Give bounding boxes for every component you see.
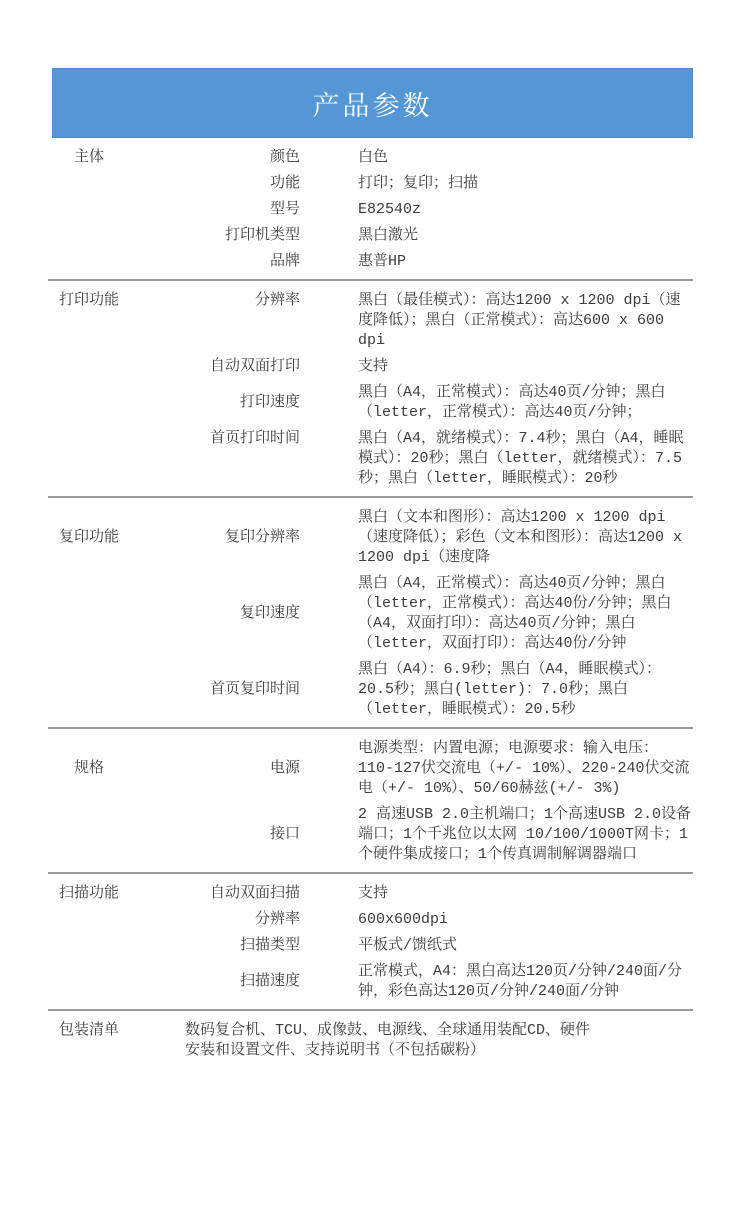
- attribute-value: 黑白（A4，正常模式）：高达40页/分钟；黑白（letter，正常模式）：高达4…: [358, 383, 693, 423]
- attribute-value: 黑白（A4，正常模式）：高达40页/分钟；黑白（letter，正常模式）：高达4…: [358, 574, 693, 654]
- attribute-label: 扫描类型: [130, 936, 358, 956]
- spec-row: 扫描速度正常模式，A4：黑白高达120页/分钟/240面/分钟，彩色高达120页…: [48, 962, 693, 1002]
- attribute-value: 支持: [358, 357, 693, 377]
- spec-row: 主体颜色白色: [48, 148, 693, 168]
- title-banner: 产品参数: [52, 68, 693, 138]
- attribute-value: 惠普HP: [358, 252, 693, 272]
- category-label: 复印功能: [48, 528, 130, 548]
- spec-row: 首页打印时间黑白（A4，就绪模式）：7.4秒；黑白（A4，睡眠模式）：20秒；黑…: [48, 429, 693, 489]
- attribute-label: 电源: [130, 759, 358, 779]
- category-label: 扫描功能: [48, 884, 130, 904]
- page-title: 产品参数: [313, 84, 433, 123]
- spec-row: 复印速度黑白（A4，正常模式）：高达40页/分钟；黑白（letter，正常模式）…: [48, 574, 693, 654]
- attribute-label: 自动双面打印: [130, 357, 358, 377]
- attribute-value: 正常模式，A4：黑白高达120页/分钟/240面/分钟，彩色高达120页/分钟/…: [358, 962, 693, 1002]
- product-spec-page: 产品参数 主体颜色白色功能打印；复印；扫描型号E82540z打印机类型黑白激光品…: [0, 68, 750, 1068]
- attribute-label: 复印分辨率: [130, 528, 358, 548]
- attribute-value: 2 高速USB 2.0主机端口；1个高速USB 2.0设备端口；1个千兆位以太网…: [358, 805, 693, 865]
- spec-row: 品牌惠普HP: [48, 252, 693, 272]
- spec-section-1: 主体颜色白色功能打印；复印；扫描型号E82540z打印机类型黑白激光品牌惠普HP: [48, 138, 693, 279]
- spec-section-6: 包装清单数码复合机、TCU、成像鼓、电源线、全球通用装配CD、硬件安装和设置文件…: [48, 1009, 693, 1068]
- attribute-value: 电源类型：内置电源；电源要求：输入电压：110-127伏交流电（+/- 10%）…: [358, 739, 693, 799]
- attribute-value: 黑白激光: [358, 226, 693, 246]
- category-label: 包装清单: [48, 1021, 130, 1041]
- attribute-value: 600x600dpi: [358, 910, 693, 930]
- spec-row: 扫描功能自动双面扫描支持: [48, 884, 693, 904]
- spec-section-3: 复印功能复印分辨率黑白（文本和图形）：高达1200 x 1200 dpi（速度降…: [48, 496, 693, 727]
- attribute-label: 打印机类型: [130, 226, 358, 246]
- attribute-value: 黑白（文本和图形）：高达1200 x 1200 dpi（速度降低）；彩色（文本和…: [358, 508, 693, 568]
- spec-row: 规格电源电源类型：内置电源；电源要求：输入电压：110-127伏交流电（+/- …: [48, 739, 693, 799]
- attribute-label: 颜色: [130, 148, 358, 168]
- attribute-label: 接口: [130, 825, 358, 845]
- spec-table: 主体颜色白色功能打印；复印；扫描型号E82540z打印机类型黑白激光品牌惠普HP…: [48, 138, 693, 1068]
- spec-row: 自动双面打印支持: [48, 357, 693, 377]
- attribute-value: E82540z: [358, 200, 693, 220]
- attribute-value: 打印；复印；扫描: [358, 174, 693, 194]
- attribute-label: 分辨率: [130, 910, 358, 930]
- attribute-value: 数码复合机、TCU、成像鼓、电源线、全球通用装配CD、硬件安装和设置文件、支持说…: [130, 1021, 595, 1061]
- attribute-label: 功能: [130, 174, 358, 194]
- attribute-label: 首页打印时间: [130, 429, 358, 449]
- attribute-label: 型号: [130, 200, 358, 220]
- attribute-value: 黑白（A4）：6.9秒；黑白（A4，睡眠模式）：20.5秒；黑白(letter)…: [358, 660, 693, 720]
- attribute-label: 首页复印时间: [130, 680, 358, 700]
- attribute-label: 扫描速度: [130, 972, 358, 992]
- spec-row: 打印速度黑白（A4，正常模式）：高达40页/分钟；黑白（letter，正常模式）…: [48, 383, 693, 423]
- spec-row: 复印功能复印分辨率黑白（文本和图形）：高达1200 x 1200 dpi（速度降…: [48, 508, 693, 568]
- spec-row: 接口2 高速USB 2.0主机端口；1个高速USB 2.0设备端口；1个千兆位以…: [48, 805, 693, 865]
- attribute-label: 分辨率: [130, 291, 358, 311]
- spec-section-2: 打印功能分辨率黑白（最佳模式）：高达1200 x 1200 dpi（速度降低）；…: [48, 279, 693, 496]
- attribute-label: 自动双面扫描: [130, 884, 358, 904]
- spec-row: 功能打印；复印；扫描: [48, 174, 693, 194]
- spec-row: 包装清单数码复合机、TCU、成像鼓、电源线、全球通用装配CD、硬件安装和设置文件…: [48, 1021, 693, 1061]
- attribute-value: 平板式/馈纸式: [358, 936, 693, 956]
- attribute-label: 打印速度: [130, 393, 358, 413]
- attribute-value: 白色: [358, 148, 693, 168]
- spec-row: 扫描类型平板式/馈纸式: [48, 936, 693, 956]
- spec-section-4: 规格电源电源类型：内置电源；电源要求：输入电压：110-127伏交流电（+/- …: [48, 727, 693, 872]
- category-label: 规格: [48, 759, 130, 779]
- attribute-label: 品牌: [130, 252, 358, 272]
- spec-row: 分辨率600x600dpi: [48, 910, 693, 930]
- spec-row: 打印功能分辨率黑白（最佳模式）：高达1200 x 1200 dpi（速度降低）；…: [48, 291, 693, 351]
- spec-row: 首页复印时间黑白（A4）：6.9秒；黑白（A4，睡眠模式）：20.5秒；黑白(l…: [48, 660, 693, 720]
- category-label: 打印功能: [48, 291, 130, 311]
- attribute-value: 黑白（最佳模式）：高达1200 x 1200 dpi（速度降低）；黑白（正常模式…: [358, 291, 693, 351]
- category-label: 主体: [48, 148, 130, 168]
- spec-row: 打印机类型黑白激光: [48, 226, 693, 246]
- spec-row: 型号E82540z: [48, 200, 693, 220]
- attribute-label: 复印速度: [130, 604, 358, 624]
- spec-section-5: 扫描功能自动双面扫描支持分辨率600x600dpi扫描类型平板式/馈纸式扫描速度…: [48, 872, 693, 1009]
- attribute-value: 黑白（A4，就绪模式）：7.4秒；黑白（A4，睡眠模式）：20秒；黑白（lett…: [358, 429, 693, 489]
- attribute-value: 支持: [358, 884, 693, 904]
